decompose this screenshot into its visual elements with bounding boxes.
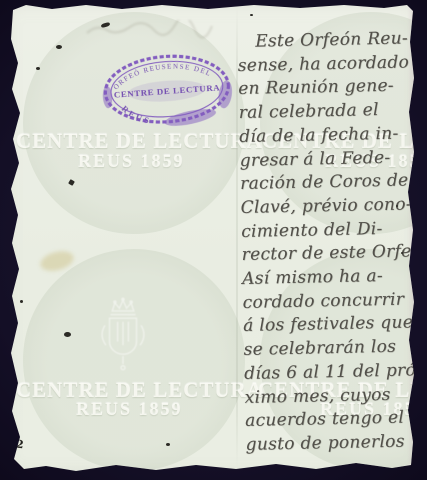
watermark-text: REUS 1859 (78, 151, 185, 172)
watermark-text: REUS 1859 (76, 399, 183, 420)
letter-line: día de la fecha in- (239, 122, 421, 150)
crest-watermark-icon (96, 296, 150, 380)
handwritten-letter-body: Este Orfeón Reu- sense, ha acordado en R… (237, 27, 427, 457)
scanned-letter: CENTRE DE LECTURA REUS 1859 CENTRE DE LE… (0, 0, 427, 480)
ink-speck (396, 205, 398, 207)
letter-line: rector de este Orfeón. (241, 240, 423, 268)
corner-pencil-mark: 2 (15, 438, 24, 452)
letter-line: á los festivales que (243, 312, 425, 340)
ink-speck (56, 45, 62, 49)
ink-speck (36, 67, 40, 70)
ink-speck (401, 252, 403, 254)
ink-speck (20, 300, 23, 303)
ink-speck (64, 332, 71, 337)
letter-line: días 6 al 11 del pró- (244, 359, 426, 387)
letter-line: Este Orfeón Reu- (237, 27, 419, 55)
ink-speck (166, 443, 170, 446)
ink-speck (250, 14, 253, 16)
paper-sheet: CENTRE DE LECTURA REUS 1859 CENTRE DE LE… (0, 0, 427, 480)
rubber-stamp: ORFEÓ REUSENSE DEL CENTRE DE LECTURA REU… (94, 38, 240, 144)
letter-line: gusto de ponerlos (245, 430, 427, 458)
letter-line: en Reunión gene- (238, 75, 420, 103)
